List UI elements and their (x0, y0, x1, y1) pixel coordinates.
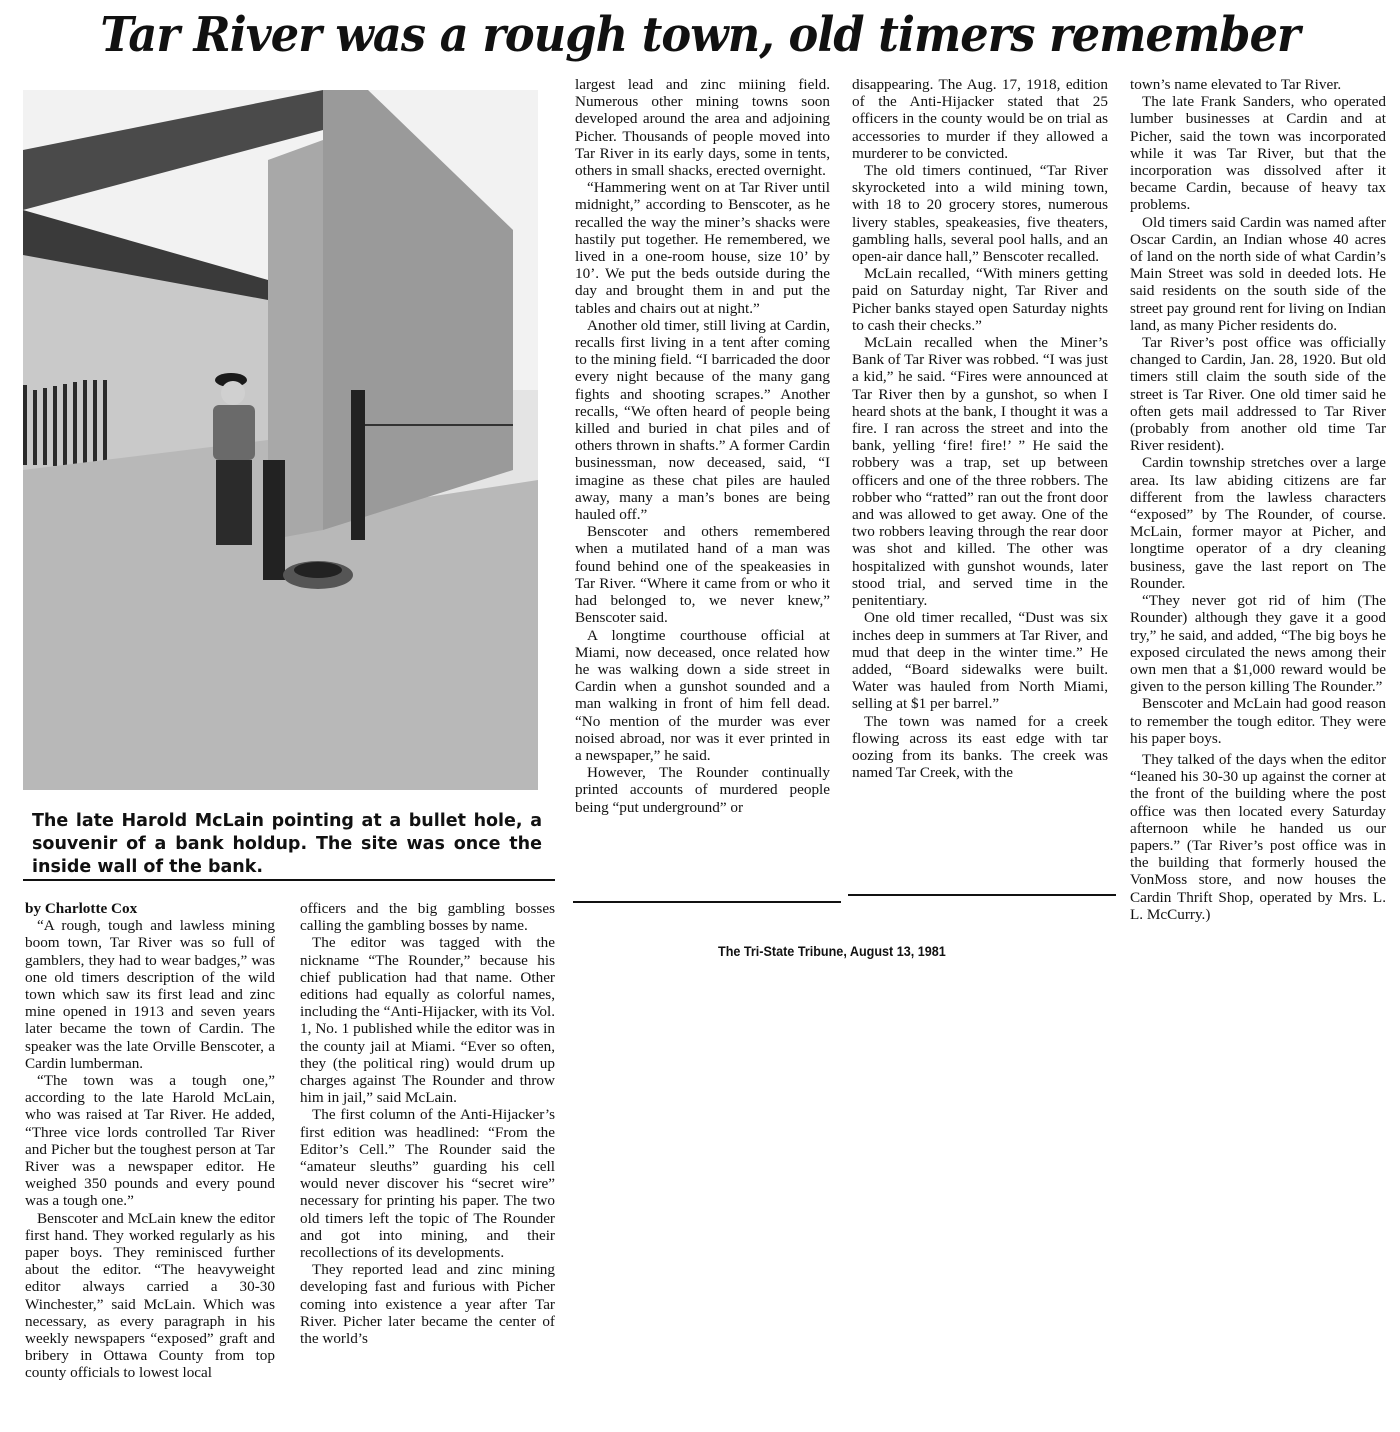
paragraph: largest lead and zinc miining field. Num… (575, 76, 830, 179)
paragraph: Cardin township stretches over a large a… (1130, 454, 1386, 592)
photo-illustration (23, 90, 538, 790)
paragraph: McLain recalled, “With miners getting pa… (852, 265, 1108, 334)
paragraph: Benscoter and others remembered when a m… (575, 523, 830, 626)
paragraph: “Hammering went on at Tar River until mi… (575, 179, 830, 317)
byline: by Charlotte Cox (25, 900, 275, 917)
paragraph: They reported lead and zinc mining devel… (300, 1261, 555, 1347)
paragraph: One old timer recalled, “Dust was six in… (852, 609, 1108, 712)
paragraph: The late Frank Sanders, who operated lum… (1130, 93, 1386, 213)
paragraph: officers and the big gambling bosses cal… (300, 900, 555, 934)
paragraph: They talked of the days when the editor … (1130, 751, 1386, 923)
headline: Tar River was a rough town, old timers r… (49, 0, 1351, 70)
paragraph: disappearing. The Aug. 17, 1918, edition… (852, 76, 1108, 162)
paragraph: The first column of the Anti-Hijacker’s … (300, 1106, 555, 1261)
paragraph: Benscoter and McLain had good reason to … (1130, 695, 1386, 747)
paragraph: Old timers said Cardin was named after O… (1130, 214, 1386, 334)
paragraph: McLain recalled when the Miner’s Bank of… (852, 334, 1108, 609)
paragraph: “A rough, tough and lawless mining boom … (25, 917, 275, 1072)
photo-caption: The late Harold McLain pointing at a bul… (32, 810, 542, 879)
news-photo (23, 90, 538, 790)
column-divider-4 (848, 894, 1116, 896)
article-column-2: officers and the big gambling bosses cal… (300, 900, 555, 1347)
paragraph: “The town was a tough one,” according to… (25, 1072, 275, 1210)
paragraph: Tar River’s post office was officially c… (1130, 334, 1386, 454)
paragraph: A longtime courthouse official at Miami,… (575, 627, 830, 765)
paragraph: Another old timer, still living at Cardi… (575, 317, 830, 523)
article-column-1: by Charlotte Cox “A rough, tough and law… (25, 900, 275, 1382)
paragraph: The town was named for a creek flowing a… (852, 713, 1108, 782)
article-column-4: disappearing. The Aug. 17, 1918, edition… (852, 76, 1108, 781)
paragraph: Benscoter and McLain knew the editor fir… (25, 1210, 275, 1382)
paragraph: town’s name elevated to Tar River. (1130, 76, 1386, 93)
paragraph: The editor was tagged with the nickname … (300, 934, 555, 1106)
article-column-3: largest lead and zinc miining field. Num… (575, 76, 830, 816)
paragraph: However, The Rounder continually printed… (575, 764, 830, 816)
column-divider-3 (573, 901, 841, 903)
paragraph: The old timers continued, “Tar River sky… (852, 162, 1108, 265)
caption-divider (23, 879, 555, 881)
article-column-5: town’s name elevated to Tar River. The l… (1130, 76, 1386, 923)
publication-credit: The Tri-State Tribune, August 13, 1981 (718, 943, 946, 959)
paragraph: “They never got rid of him (The Rounder)… (1130, 592, 1386, 695)
